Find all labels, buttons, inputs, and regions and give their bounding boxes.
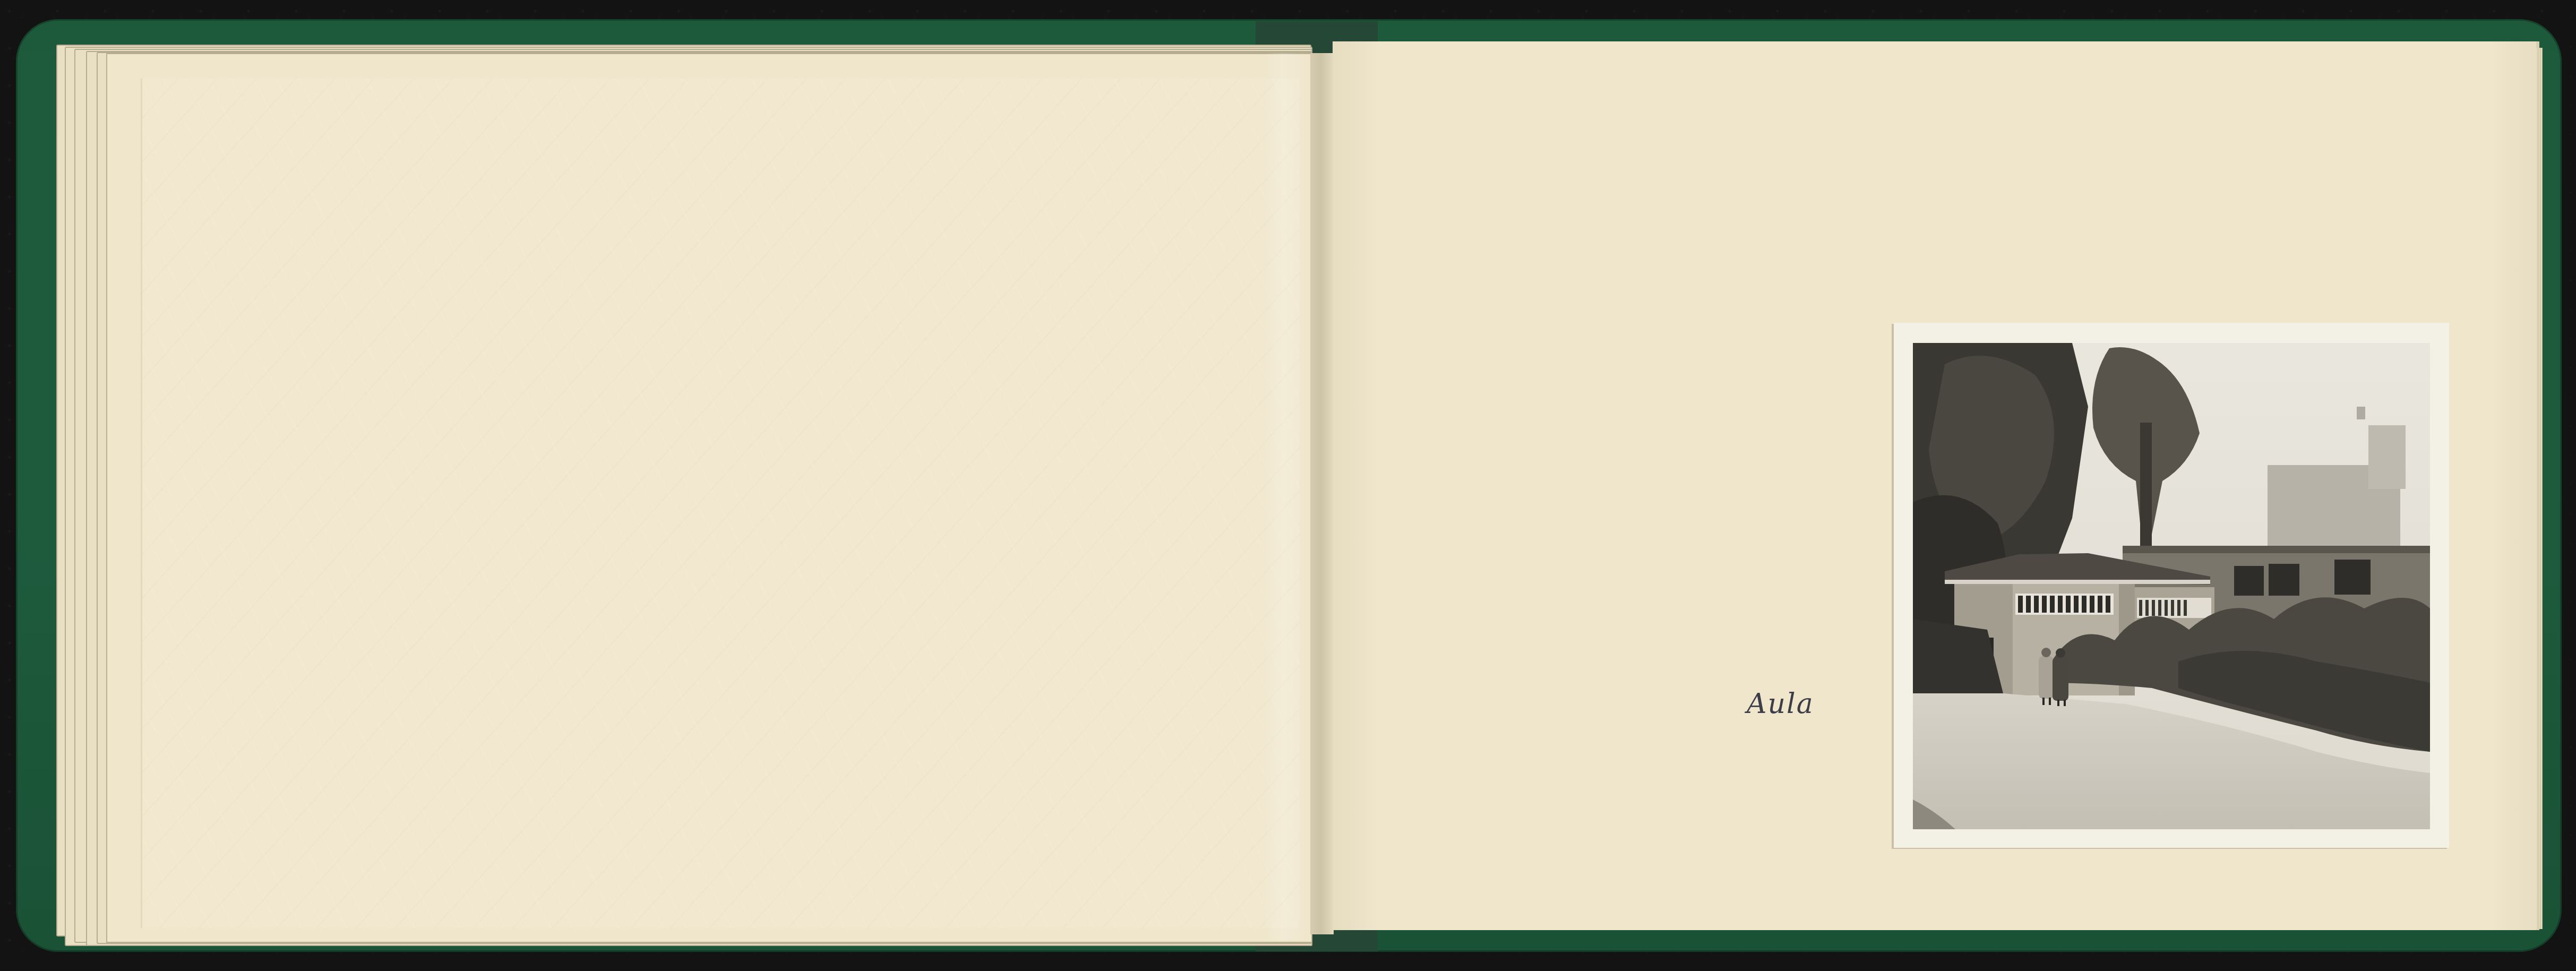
photograph-aula[interactable] xyxy=(1913,343,2430,829)
photo-caption: Aula xyxy=(1747,688,1853,725)
right-leaf-edges xyxy=(2536,48,2543,929)
album-gutter xyxy=(1310,53,1334,934)
left-page-embossed-panel xyxy=(141,79,1300,928)
photo-image xyxy=(1913,343,2430,829)
left-page-sheen xyxy=(1264,53,1311,941)
